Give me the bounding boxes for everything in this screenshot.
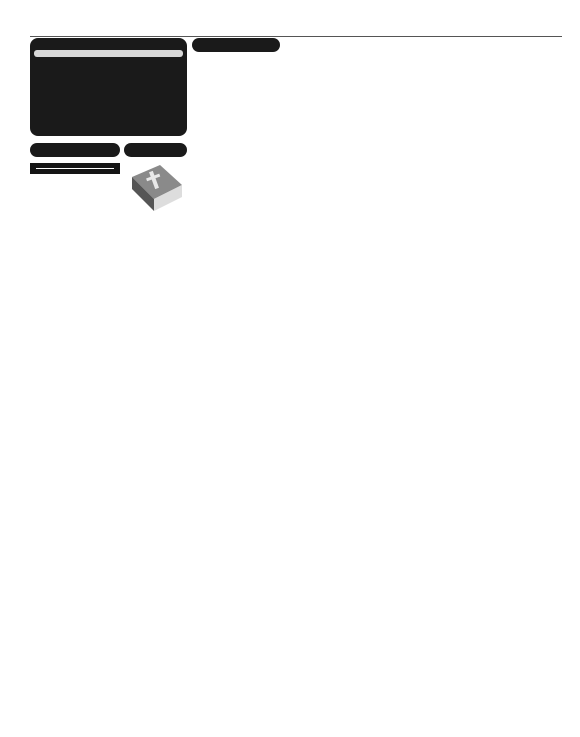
- column-2: [124, 143, 187, 224]
- family-notice-categories: [30, 38, 187, 136]
- section-banner-deaths: [192, 38, 280, 52]
- bible-icon: [126, 163, 186, 218]
- column-1: [30, 143, 120, 174]
- caldwells-ad: [30, 163, 120, 174]
- column-3: [192, 38, 280, 58]
- section-banner-deaths: [124, 143, 187, 157]
- header-rule: [30, 36, 562, 37]
- section-banner-deaths: [30, 143, 120, 157]
- contact-offices: [34, 50, 183, 57]
